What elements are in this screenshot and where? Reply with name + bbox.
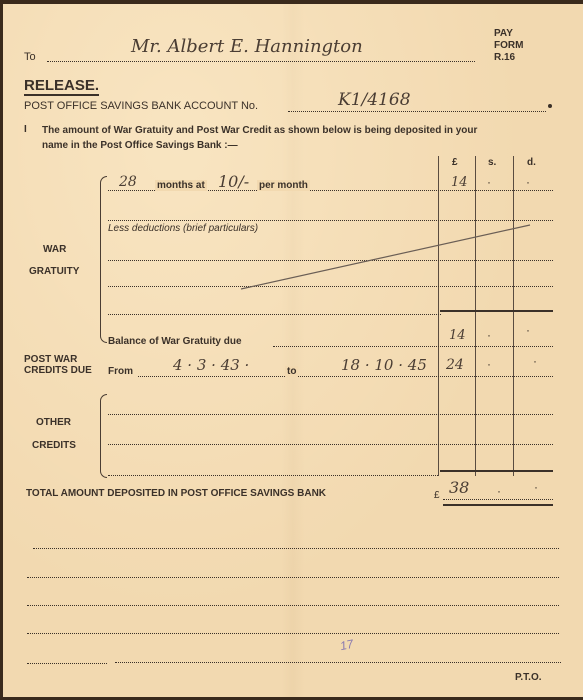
war-label: WAR <box>43 244 66 255</box>
form-paper: To Mr. Albert E. Hannington PAY FORM R.1… <box>3 4 583 697</box>
dot-mark <box>548 104 552 108</box>
gratuity-shillings: · <box>487 175 491 189</box>
gratuity-label: GRATUITY <box>29 266 79 277</box>
pounds-column-rule <box>438 156 439 476</box>
post-war-credits-label: POST WAR CREDITS DUE <box>24 354 92 376</box>
total-dotted-line <box>443 499 553 500</box>
total-label: TOTAL AMOUNT DEPOSITED IN POST OFFICE SA… <box>26 488 326 499</box>
other-label: OTHER <box>36 417 71 428</box>
war-gratuity-brace <box>100 176 107 343</box>
account-label: POST OFFICE SAVINGS BANK ACCOUNT No. <box>24 100 258 112</box>
total-shillings: · <box>497 484 501 498</box>
total-top-rule <box>440 470 553 472</box>
balance-pence: · <box>526 323 530 337</box>
pence-column-rule <box>513 156 514 476</box>
credits-dotted-line <box>138 376 553 377</box>
deductions-line-3 <box>108 314 441 315</box>
months-label: months at <box>155 180 207 191</box>
to-date[interactable]: 18 · 10 · 45 <box>341 356 427 374</box>
signature-line-left <box>27 663 107 664</box>
notes-line-3 <box>27 605 559 606</box>
other-credits-line-3 <box>108 475 438 476</box>
total-currency: £ <box>434 490 440 501</box>
notes-line-1 <box>33 548 559 549</box>
gratuity-pounds[interactable]: 14 <box>451 175 468 190</box>
credits-pounds[interactable]: 24 <box>446 357 464 373</box>
credits-pence: · <box>533 354 537 368</box>
pto-label: P.T.O. <box>515 672 542 683</box>
subtotal-rule <box>440 310 553 312</box>
credits-label: CREDITS <box>32 440 76 451</box>
account-dotted-line <box>288 111 546 112</box>
shillings-header: s. <box>488 157 496 168</box>
balance-dotted-line <box>273 346 553 347</box>
pounds-header: £ <box>452 157 458 168</box>
from-label: From <box>108 366 133 377</box>
total-pence: · <box>534 480 538 494</box>
recipient-name[interactable]: Mr. Albert E. Hannington <box>131 36 363 57</box>
rate-value[interactable]: 10/- <box>218 172 249 191</box>
release-title: RELEASE. <box>24 77 99 96</box>
other-credits-brace <box>100 394 107 478</box>
account-number[interactable]: K1/4168 <box>338 90 411 110</box>
deductions-label: Less deductions (brief particulars) <box>108 223 258 234</box>
pence-header: d. <box>527 157 536 168</box>
intro-text: The amount of War Gratuity and Post War … <box>42 123 562 153</box>
credits-shillings: · <box>487 357 491 371</box>
form-id: PAY FORM R.16 <box>494 28 523 64</box>
total-double-rule <box>443 504 553 506</box>
stamp-mark: 17 <box>339 637 355 653</box>
notes-line-2 <box>27 577 559 578</box>
gratuity-pence: · <box>526 175 530 189</box>
months-value[interactable]: 28 <box>119 174 137 190</box>
to-label: To <box>24 51 36 63</box>
other-credits-line-2 <box>108 444 553 445</box>
other-credits-line-1 <box>108 414 553 415</box>
intro-number: I <box>24 124 27 135</box>
notes-line-4 <box>27 633 559 634</box>
balance-shillings: · <box>487 328 491 342</box>
cancel-stroke <box>238 222 533 292</box>
balance-label: Balance of War Gratuity due <box>108 336 242 347</box>
signature-line-right <box>115 662 561 663</box>
per-month-label: per month <box>257 180 310 191</box>
shillings-column-rule <box>475 156 476 476</box>
to-dotted-line <box>47 61 475 62</box>
from-date[interactable]: 4 · 3 · 43 · <box>173 356 249 374</box>
balance-pounds[interactable]: 14 <box>449 328 466 343</box>
total-pounds[interactable]: 38 <box>449 478 469 497</box>
to-label-credits: to <box>285 366 298 377</box>
deductions-top-line <box>108 220 553 221</box>
